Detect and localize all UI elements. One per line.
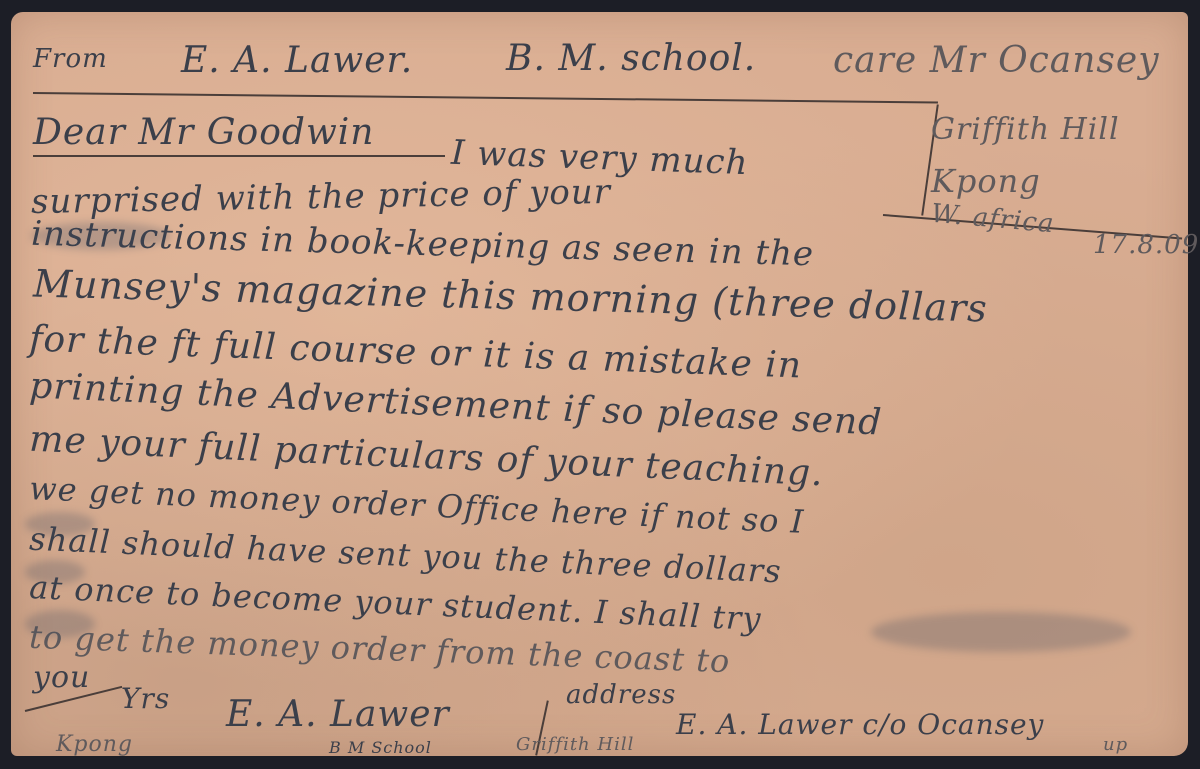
signature: E. A. Lawer xyxy=(226,694,450,735)
ink-smudge xyxy=(31,222,171,250)
care-of: care Mr Ocansey xyxy=(833,40,1160,81)
ink-smudge xyxy=(871,612,1131,652)
return-address-line2: Kpong xyxy=(931,162,1041,200)
address-griffith: Griffith Hill xyxy=(516,734,634,755)
ink-smudge xyxy=(25,512,95,536)
body-line: you xyxy=(33,660,90,695)
from-label: From xyxy=(33,44,108,74)
postcard: From E. A. Lawer. B. M. school. care Mr … xyxy=(11,12,1188,756)
ink-smudge xyxy=(25,560,85,584)
body-line: surprised with the price of your xyxy=(31,172,612,222)
date: 17.8.09 xyxy=(1093,230,1199,260)
return-address-line1: Griffith Hill xyxy=(931,112,1120,147)
sender-name: E. A. Lawer. xyxy=(181,40,413,81)
header-rule xyxy=(33,92,938,103)
signature-school: B M School xyxy=(329,738,432,757)
place: Kpong xyxy=(56,732,133,757)
address-full: E. A. Lawer c/o Ocansey xyxy=(676,708,1044,741)
footnote: up xyxy=(1103,734,1128,755)
return-address-line3: W. africa xyxy=(930,199,1056,240)
body-line: Munsey's magazine this morning (three do… xyxy=(33,262,989,331)
closing: Yrs xyxy=(121,682,170,715)
salutation-rule xyxy=(33,155,445,157)
address-label: address xyxy=(566,680,676,710)
sender-school: B. M. school. xyxy=(506,38,756,79)
salutation: Dear Mr Goodwin xyxy=(33,112,374,153)
ink-smudge xyxy=(25,610,95,638)
